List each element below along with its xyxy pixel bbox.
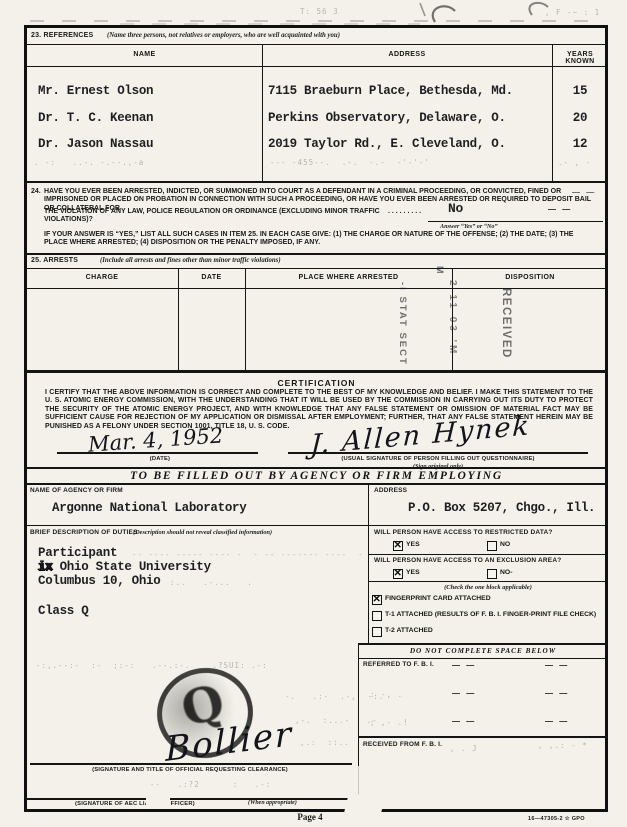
bleed-through-text: -- .:?2 : .-:	[150, 780, 271, 789]
print-code: 16—47305-2 ☆ GPO	[528, 816, 585, 822]
stamp-dashes: — —	[545, 661, 569, 670]
divider	[25, 253, 608, 255]
column-header-place: PLACE WHERE ARRESTED	[245, 274, 452, 281]
divider	[368, 483, 369, 643]
stray-stamp-letter: M	[435, 266, 445, 274]
divider	[368, 581, 608, 582]
bleed-through-text: ,-. :...- .-	[295, 716, 378, 725]
duties-line-3: Columbus 10, Ohio	[38, 574, 160, 588]
duties-line-4: Class Q	[38, 604, 88, 618]
question-24-number: 24.	[31, 188, 41, 196]
stat-section-stamp: -I STAT SECT	[397, 282, 408, 366]
divider	[25, 288, 608, 289]
column-header-years-known: YEARS KNOWN	[552, 51, 608, 65]
stamp-dashes: — —	[452, 661, 476, 670]
check-one-block-note: (Check the one block applicable)	[368, 584, 608, 591]
agency-address-label: ADDRESS	[374, 487, 407, 494]
official-signature-line	[30, 763, 352, 765]
certification-title: CERTIFICATION	[25, 378, 608, 388]
duties-line-1: Participant	[38, 546, 117, 560]
t2-attached-label: T-2 ATTACHED	[385, 627, 433, 634]
reference-years: 20	[552, 111, 608, 125]
restricted-yes-label: YES	[406, 541, 420, 548]
divider	[25, 467, 608, 469]
agency-section-banner: TO BE FILLED OUT BY AGENCY OR FIRM EMPLO…	[25, 470, 608, 482]
divider	[25, 66, 608, 67]
reference-name: Mr. Ernest Olson	[38, 84, 153, 98]
restricted-no-checkbox[interactable]	[487, 541, 497, 551]
divider	[25, 370, 608, 373]
reference-address: 7115 Braeburn Place, Bethesda, Md.	[268, 84, 513, 98]
section-23-note: (Name three persons, not relatives or em…	[107, 32, 340, 39]
answer-hint: Answer “Yes” or “No”	[440, 223, 498, 230]
fold-patch	[146, 797, 170, 809]
exclusion-no-checkbox[interactable]	[487, 569, 497, 579]
restricted-data-question: WILL PERSON HAVE ACCESS TO RESTRICTED DA…	[374, 529, 553, 536]
date-line	[57, 452, 258, 454]
duties-line-2: ix Ohio State University	[38, 560, 211, 574]
duties-label: BRIEF DESCRIPTION OF DUTIES	[30, 529, 138, 536]
answer-no: No	[448, 201, 463, 216]
divider	[178, 268, 179, 370]
page-number: Page 4	[270, 812, 350, 822]
column-header-charge: CHARGE	[27, 274, 177, 281]
column-header-disposition: DISPOSITION	[452, 274, 608, 281]
agency-name-label: NAME OF AGENCY OR FIRM	[30, 487, 123, 494]
referred-to-fbi-label: REFERRED TO F. B. I.	[363, 661, 434, 668]
duties-note: (Description should not reveal classifie…	[133, 529, 272, 536]
bleed-through-text: , . J	[450, 744, 478, 753]
bleed-through-text: , ,.: - *	[538, 741, 588, 750]
reference-name: Dr. T. C. Keenan	[38, 111, 153, 125]
divider	[25, 268, 608, 269]
signature-label: (USUAL SIGNATURE OF PERSON FILLING OUT Q…	[288, 456, 588, 462]
aec-signature-line	[27, 798, 352, 800]
section-25-note: (Include all arrests and fines other tha…	[100, 257, 281, 264]
bleed-through-text: -:,.--:- :- ;:-: .--.:-. .?SUI: .-:	[36, 661, 268, 670]
reference-address: 2019 Taylor Rd., E. Cleveland, O.	[268, 137, 506, 151]
divider	[25, 44, 608, 45]
section-25-title: ARRESTS	[43, 257, 78, 264]
column-header-address: ADDRESS	[262, 51, 552, 58]
divider	[368, 554, 608, 555]
section-25-number: 25.	[31, 257, 41, 264]
signature-line	[288, 452, 588, 454]
divider	[245, 268, 246, 370]
divider	[262, 44, 263, 181]
date-label: (DATE)	[120, 456, 200, 462]
fingerprint-card-label: FINGERPRINT CARD ATTACHED	[385, 595, 491, 602]
agency-name-value: Argonne National Laboratory	[52, 501, 246, 515]
divider	[358, 736, 608, 738]
aec-signature-note: (When appropriate)	[248, 800, 297, 806]
t1-attached-checkbox[interactable]	[372, 611, 382, 621]
reference-years: 15	[552, 84, 608, 98]
exclusion-no-label: NO-	[500, 569, 512, 576]
stamp-dashes: — —	[452, 689, 476, 698]
column-header-name: NAME	[27, 51, 262, 58]
official-signature-label: (SIGNATURE AND TITLE OF OFFICIAL REQUEST…	[35, 767, 345, 773]
section-23-title: REFERENCES	[44, 32, 94, 39]
agency-address-value: P.O. Box 5207, Chgo., Ill.	[408, 501, 595, 515]
divider	[25, 483, 608, 485]
bleed-through-text: --- -455--. .-. -.- -'-'-'	[270, 158, 430, 167]
divider	[25, 525, 608, 526]
question-24-text2: THE VIOLATION OF ANY LAW, POLICE REGULAT…	[44, 208, 404, 225]
scan-ghost-text: T: 56 3	[300, 7, 339, 16]
section-23-number: 23.	[31, 32, 41, 39]
reference-name: Dr. Jason Nassau	[38, 137, 153, 151]
scan-ghost-text: , F -~ : 1	[545, 8, 600, 17]
reference-address: Perkins Observatory, Delaware, O.	[268, 111, 506, 125]
received-stamp: RECEIVED	[500, 288, 512, 359]
dot-leader: . . . . . . . . .	[388, 208, 421, 216]
aec-signature-label: (SIGNATURE OF AEC LIAISON OFFICER)	[75, 801, 195, 807]
t2-attached-checkbox[interactable]	[372, 627, 382, 637]
do-not-complete-header: DO NOT COMPLETE SPACE BELOW	[358, 647, 608, 655]
section-23-label: 23. REFERENCES	[31, 32, 93, 39]
overstruck-word: ix	[38, 560, 52, 574]
bleed-through-text: -. .:- .-, -:.	[285, 692, 384, 701]
answer-dashes: — —	[548, 205, 572, 214]
column-header-date: DATE	[178, 274, 245, 281]
divider	[25, 181, 608, 183]
t1-attached-label: T-1 ATTACHED (RESULTS OF F. B. I. FINGER…	[385, 611, 596, 618]
exclusion-area-question: WILL PERSON HAVE ACCESS TO AN EXCLUSION …	[374, 557, 561, 564]
stamp-dashes: — —	[452, 717, 476, 726]
bleed-through-text: .- , -	[558, 158, 591, 167]
exclusion-yes-label: YES	[406, 569, 420, 576]
bleed-through-text: . -: ..-. -.--.,-a	[34, 158, 144, 167]
bleed-through-text: :.. .-... .	[170, 578, 253, 587]
answer-line	[428, 221, 603, 222]
fingerprint-card-checkbox[interactable]	[372, 595, 382, 605]
reference-years: 12	[552, 137, 608, 151]
ghost-dashes: — —	[572, 188, 596, 197]
scanned-form-page: T: 56 3 , F -~ : 1 23. REFERENCES (Name …	[0, 0, 627, 827]
scan-smear	[30, 20, 590, 22]
time-stamp: 2 11 03 'M	[447, 280, 458, 356]
restricted-no-label: NO	[500, 541, 510, 548]
duties-line-2-text: Ohio State University	[60, 560, 211, 574]
question-24-text3: IF YOUR ANSWER IS “YES,” LIST ALL SUCH C…	[44, 231, 597, 248]
restricted-yes-checkbox[interactable]	[393, 541, 403, 551]
stamp-dashes: — —	[545, 717, 569, 726]
bleed-through-text: ,.: ::.. .-:	[300, 738, 377, 747]
section-25-label: 25. ARRESTS	[31, 257, 78, 264]
stamp-dashes: — —	[545, 689, 569, 698]
exclusion-yes-checkbox[interactable]	[393, 569, 403, 579]
divider	[358, 658, 608, 659]
divider	[358, 643, 608, 645]
